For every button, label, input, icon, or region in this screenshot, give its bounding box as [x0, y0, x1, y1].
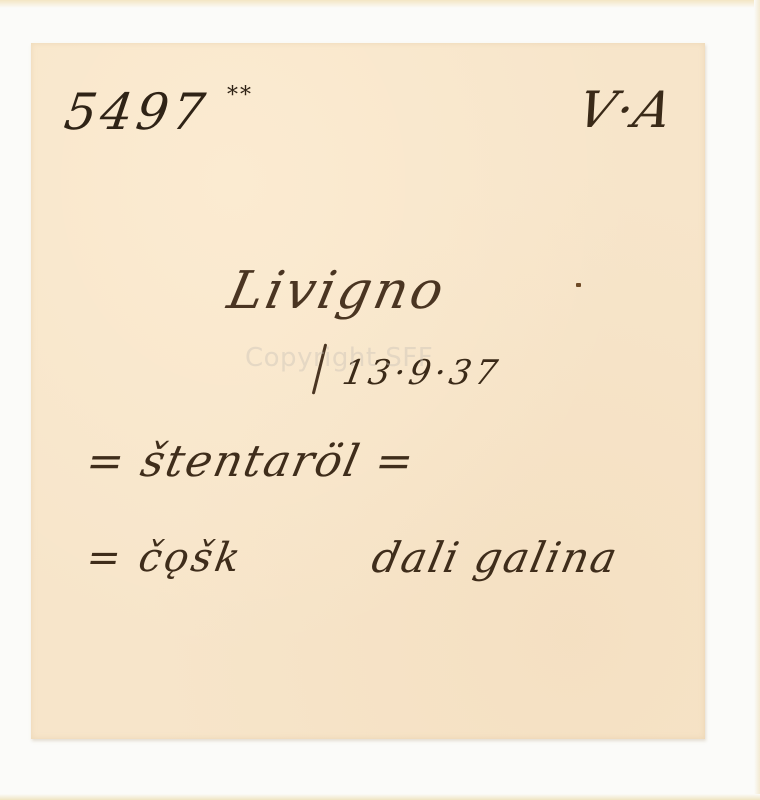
- catalog-number: 5497: [61, 83, 212, 141]
- scan-top-edge: [0, 0, 760, 8]
- locality: Livigno: [223, 261, 452, 321]
- dialect-name-line: = štentaröl =: [82, 436, 421, 487]
- scan-bottom-edge: [0, 794, 760, 800]
- dialect-term-translation: dali galina: [368, 533, 623, 582]
- specimen-label-paper: 5497 ** V·A Livigno 13·9·37 = štentaröl …: [31, 43, 705, 739]
- scan-right-edge: [754, 0, 760, 800]
- copyright-watermark: Copyright SFF: [245, 343, 433, 373]
- collector-code: V·A: [572, 81, 681, 139]
- catalog-marks: **: [227, 83, 253, 108]
- ink-speck: [576, 283, 581, 287]
- dialect-term: = čǫšk: [83, 535, 247, 581]
